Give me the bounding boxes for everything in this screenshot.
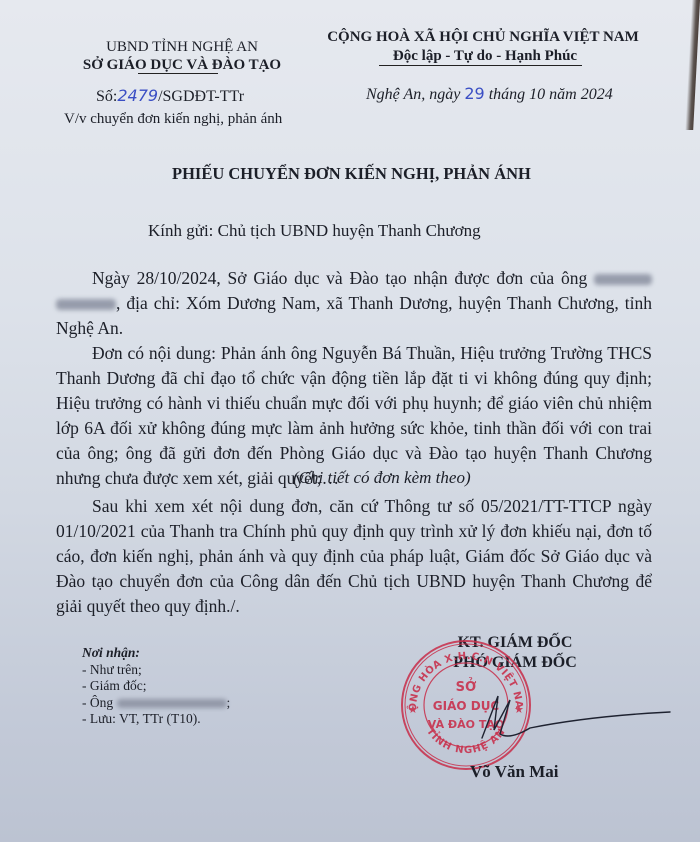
motto-underline — [379, 65, 582, 66]
recipient-item: - Ông ; — [82, 695, 230, 712]
paragraph-received-start: Ngày 28/10/2024, Sở Giáo dục và Đào tạo … — [92, 268, 587, 288]
redacted-name — [594, 274, 652, 285]
paragraph-forwarding: Sau khi xem xét nội dung đơn, căn cứ Thô… — [56, 494, 652, 619]
date-line: Nghệ An, ngày 29 tháng 10 năm 2024 — [366, 84, 613, 104]
recipient-item: - Giám đốc; — [82, 678, 230, 695]
department-underline — [138, 73, 218, 74]
redacted-name — [117, 699, 227, 708]
attached-note: (Chi tiết có đơn kèm theo) — [293, 468, 471, 488]
number-prefix: Số: — [96, 88, 117, 105]
signature-scribble — [470, 690, 700, 750]
motto: Độc lập - Tự do - Hạnh Phúc — [370, 47, 600, 65]
recipient-item-tail: ; — [227, 695, 231, 710]
subject-line: V/v chuyển đơn kiến nghị, phản ánh — [64, 111, 282, 128]
recipients-block: Nơi nhận: - Như trên; - Giám đốc; - Ông … — [82, 645, 230, 728]
signer-name: Võ Văn Mai — [470, 762, 558, 782]
date-prefix: Nghệ An, ngày — [366, 86, 460, 103]
authority-name: UBND TỈNH NGHỆ AN — [62, 38, 302, 56]
number-handwritten: 2479 — [117, 86, 158, 105]
document-title: PHIẾU CHUYỂN ĐƠN KIẾN NGHỊ, PHẢN ÁNH — [172, 164, 531, 184]
date-day-handwritten: 29 — [464, 84, 484, 103]
paragraph-received-end: , địa chỉ: Xóm Dương Nam, xã Thanh Dương… — [56, 293, 652, 338]
document-number: Số:2479/SGDĐT-TTr — [96, 86, 244, 106]
paragraph-content-text: Đơn có nội dung: Phản ánh ông Nguyễn Bá … — [56, 343, 652, 488]
page-edge-shadow — [685, 0, 700, 130]
paragraph-received: Ngày 28/10/2024, Sở Giáo dục và Đào tạo … — [56, 266, 652, 341]
recipients-heading: Nơi nhận: — [82, 645, 230, 662]
recipient-item: - Như trên; — [82, 662, 230, 679]
department-name: SỞ GIÁO DỤC VÀ ĐÀO TẠO — [62, 56, 302, 74]
number-suffix: /SGDĐT-TTr — [158, 88, 244, 105]
svg-text:★: ★ — [408, 703, 418, 716]
paragraph-forwarding-text: Sau khi xem xét nội dung đơn, căn cứ Thô… — [56, 496, 652, 616]
redacted-name-continued — [56, 299, 116, 310]
addressee: Kính gửi: Chủ tịch UBND huyện Thanh Chươ… — [148, 218, 481, 243]
date-suffix: tháng 10 năm 2024 — [489, 86, 613, 103]
recipient-item: - Lưu: VT, TTr (T10). — [82, 711, 230, 728]
country-name: CỘNG HOÀ XÃ HỘI CHỦ NGHĨA VIỆT NAM — [310, 28, 656, 46]
header-left: UBND TỈNH NGHỆ AN SỞ GIÁO DỤC VÀ ĐÀO TẠO — [62, 38, 302, 74]
recipient-item-text: - Ông — [82, 695, 113, 710]
